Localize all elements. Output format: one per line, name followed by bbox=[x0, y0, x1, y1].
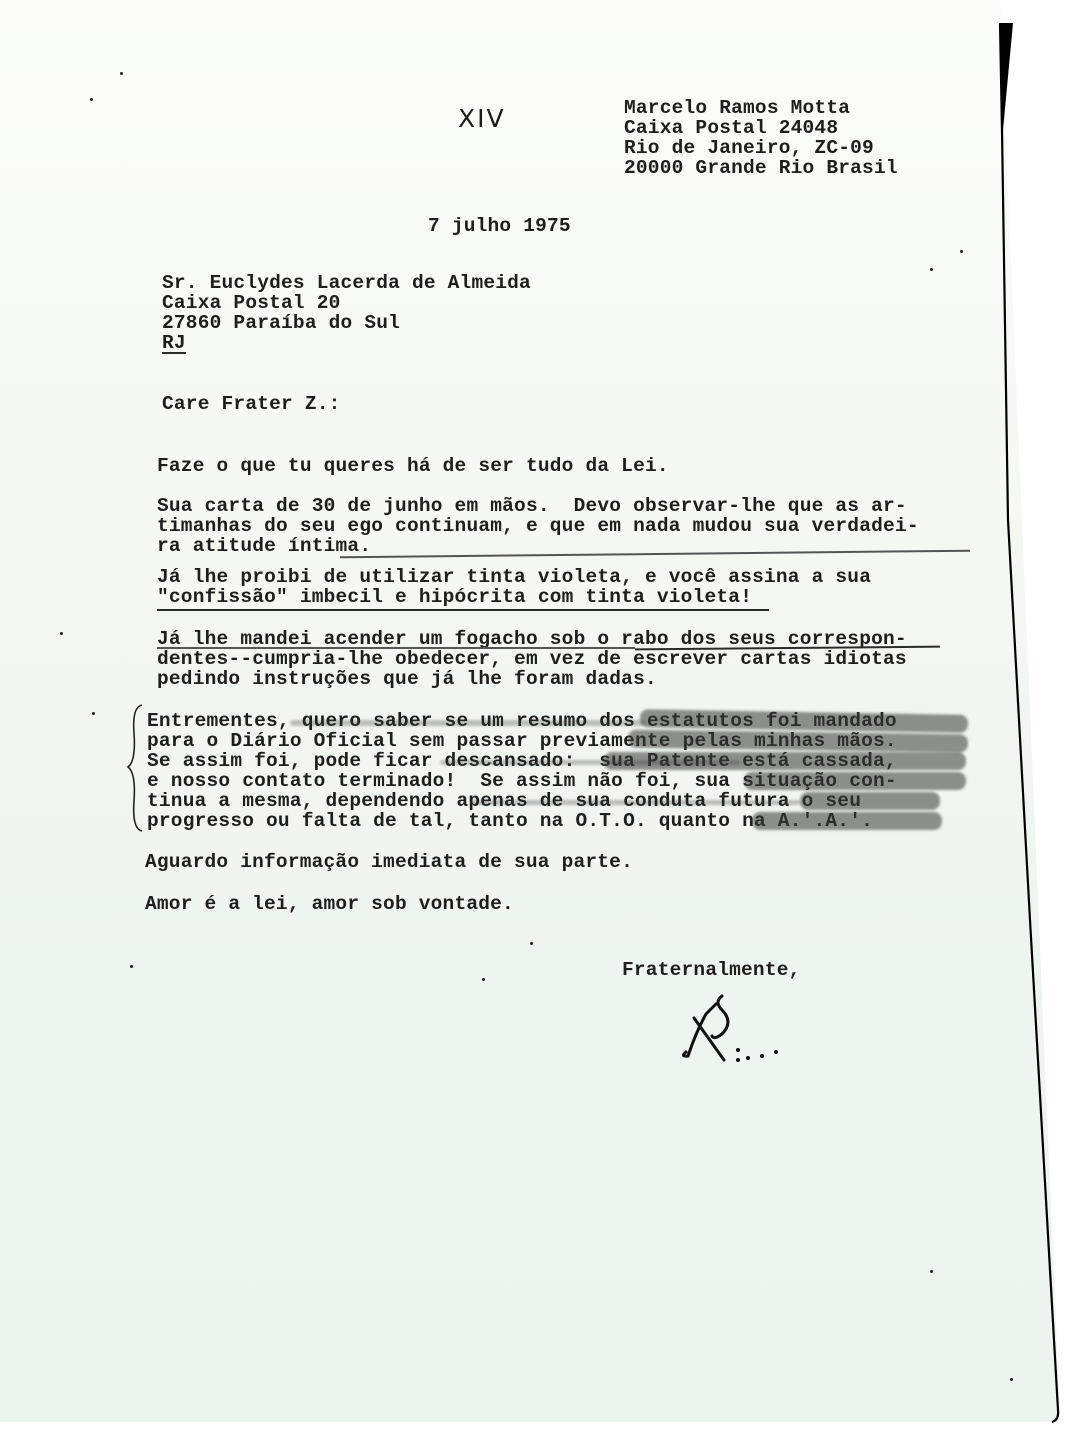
recipient-line: RJ bbox=[162, 333, 186, 353]
paragraph-line: "confissão" imbecil e hipócrita com tint… bbox=[157, 587, 752, 607]
closing: Fraternalmente, bbox=[622, 960, 801, 980]
letter-date: 7 julho 1975 bbox=[428, 216, 571, 236]
paragraph-line: dentes--cumpria-lhe obedecer, em vez de … bbox=[157, 649, 907, 669]
salutation: Care Frater Z.: bbox=[162, 394, 341, 414]
recipient-line: 27860 Paraíba do Sul bbox=[162, 313, 400, 333]
recipient-line: Sr. Euclydes Lacerda de Almeida bbox=[162, 273, 531, 293]
margin-bracket bbox=[124, 703, 148, 833]
sender-line: Rio de Janeiro, ZC-09 bbox=[624, 138, 874, 158]
underline bbox=[157, 647, 635, 649]
paragraph-line: Amor é a lei, amor sob vontade. bbox=[145, 894, 514, 914]
signature bbox=[676, 992, 796, 1067]
sender-line: Caixa Postal 24048 bbox=[624, 118, 838, 138]
sender-line: Marcelo Ramos Motta bbox=[624, 98, 850, 118]
paragraph-line: pedindo instruções que já lhe foram dada… bbox=[157, 669, 657, 689]
underline bbox=[162, 352, 186, 354]
paragraph-line: Faze o que tu queres há de ser tudo da L… bbox=[157, 456, 669, 476]
underline bbox=[157, 609, 769, 611]
paragraph-line: Já lhe proibi de utilizar tinta violeta,… bbox=[157, 567, 871, 587]
paragraph-line: timanhas do seu ego continuam, e que em … bbox=[157, 516, 919, 536]
recipient-line: Caixa Postal 20 bbox=[162, 293, 341, 313]
sender-line: 20000 Grande Rio Brasil bbox=[624, 158, 898, 178]
page-number-roman: XIV bbox=[458, 104, 506, 133]
paragraph-line: Sua carta de 30 de junho em mãos. Devo o… bbox=[157, 496, 907, 516]
paragraph-line: ra atitude íntima. bbox=[157, 536, 371, 556]
paragraph-line: Aguardo informação imediata de sua parte… bbox=[145, 852, 633, 872]
